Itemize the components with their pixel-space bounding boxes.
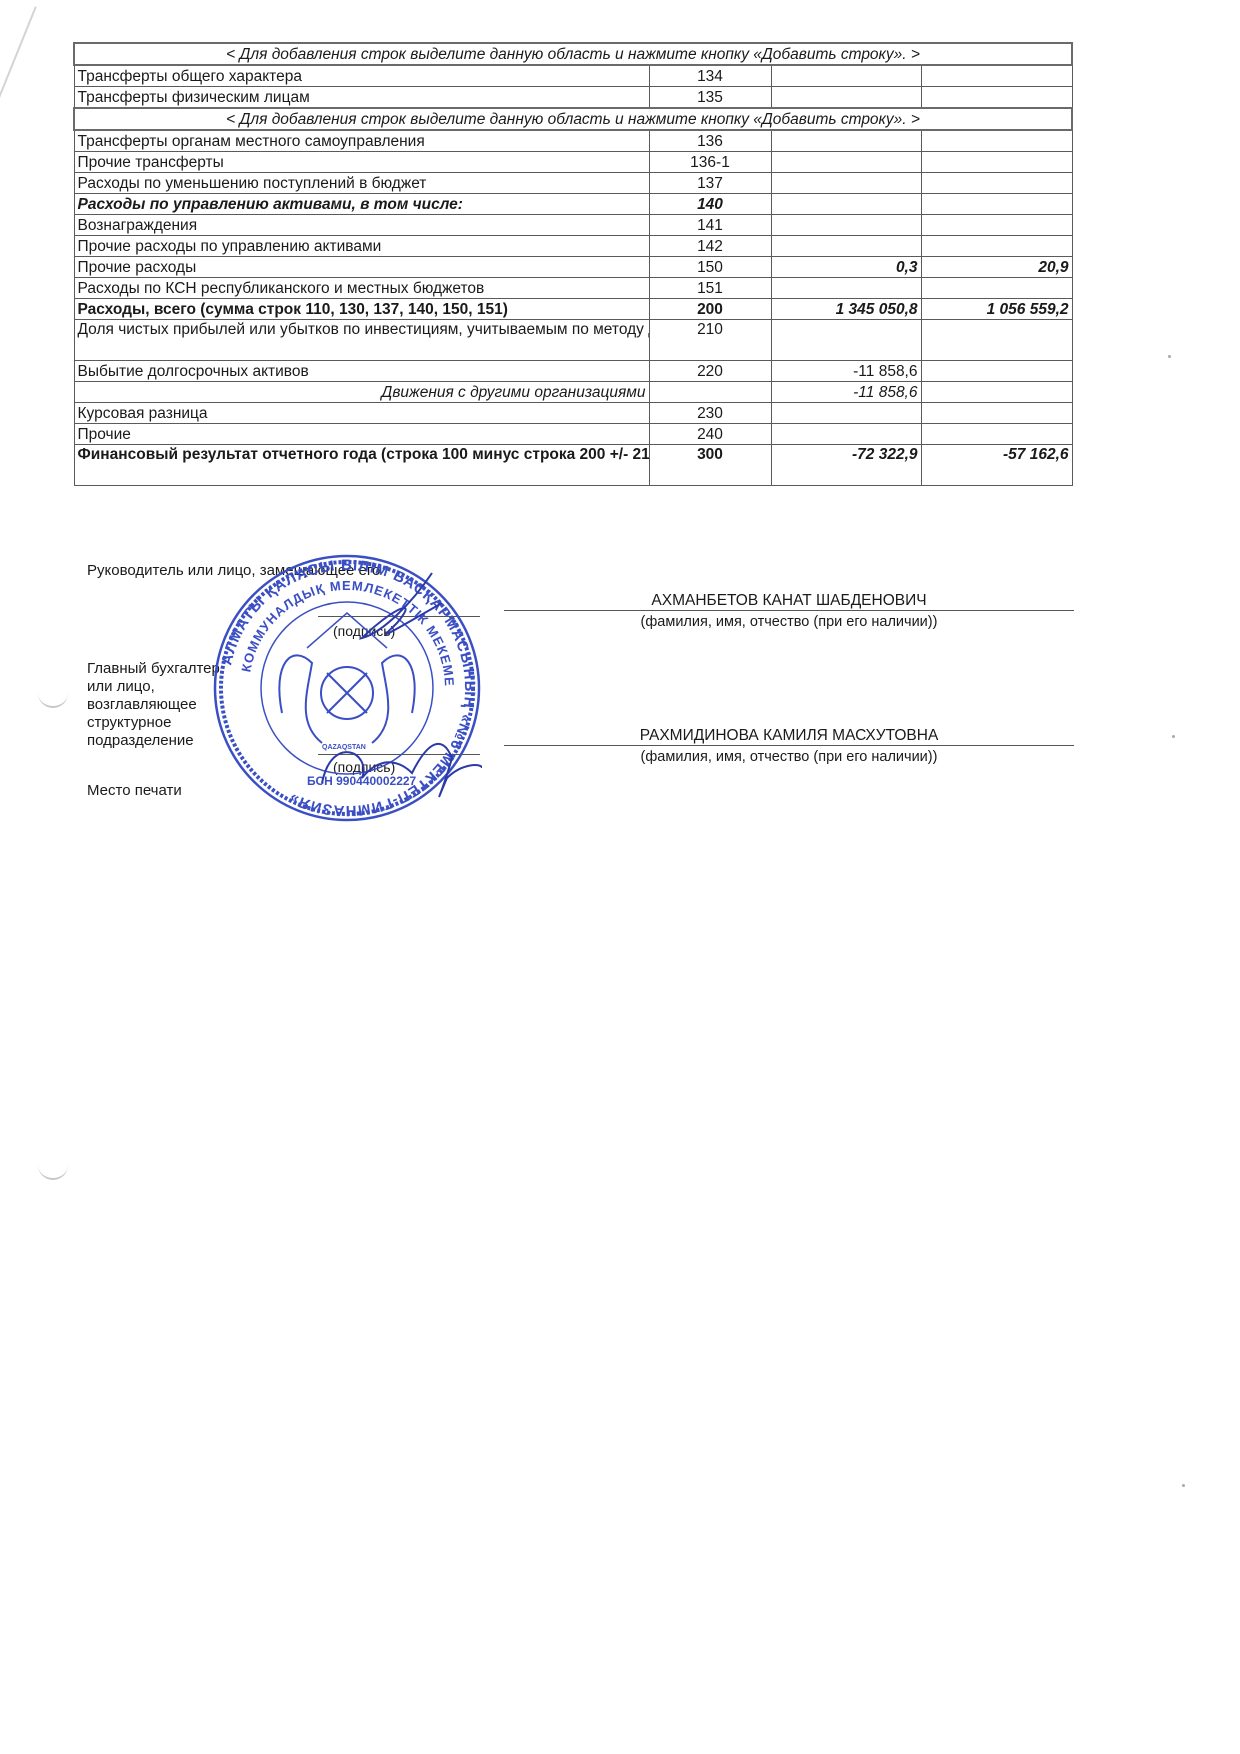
table-row: Курсовая разница230	[74, 403, 1072, 424]
previous-period-value	[921, 424, 1072, 445]
row-name: Доля чистых прибылей или убытков по инве…	[74, 320, 649, 361]
current-period-value	[771, 278, 921, 299]
current-period-value: 1 345 050,8	[771, 299, 921, 320]
current-period-value	[771, 403, 921, 424]
previous-period-value	[921, 278, 1072, 299]
row-code: 136	[649, 130, 771, 152]
row-code: 240	[649, 424, 771, 445]
row-code: 135	[649, 87, 771, 109]
table-row: Движения с другими организациями-11 858,…	[74, 382, 1072, 403]
accountant-name-line	[504, 745, 1074, 746]
seal-place-label: Место печати	[87, 782, 182, 800]
financial-results-table: < Для добавления строк выделите данную о…	[73, 42, 1073, 486]
row-name: Трансферты органам местного самоуправлен…	[74, 130, 649, 152]
previous-period-value	[921, 215, 1072, 236]
previous-period-value	[921, 194, 1072, 215]
table-row: Расходы по управлению активами, в том чи…	[74, 194, 1072, 215]
previous-period-value	[921, 320, 1072, 361]
current-period-value	[771, 236, 921, 257]
current-period-value	[771, 320, 921, 361]
row-code: 137	[649, 173, 771, 194]
table-row: Выбытие долгосрочных активов220-11 858,6	[74, 361, 1072, 382]
row-name: Расходы по уменьшению поступлений в бюдж…	[74, 173, 649, 194]
row-name: Движения с другими организациями	[74, 382, 649, 403]
accountant-name-caption: (фамилия, имя, отчество (при его наличии…	[504, 749, 1074, 765]
row-name: Расходы по КСН республиканского и местны…	[74, 278, 649, 299]
previous-period-value	[921, 382, 1072, 403]
row-name: Прочие трансферты	[74, 152, 649, 173]
current-period-value: -11 858,6	[771, 361, 921, 382]
current-period-value	[771, 87, 921, 109]
add-row-notice: < Для добавления строк выделите данную о…	[74, 108, 1072, 130]
row-code: 200	[649, 299, 771, 320]
table-row: Прочие расходы по управлению активами142	[74, 236, 1072, 257]
current-period-value	[771, 173, 921, 194]
add-row-notice-text[interactable]: < Для добавления строк выделите данную о…	[74, 43, 1072, 65]
table-row: Финансовый результат отчетного года (стр…	[74, 445, 1072, 486]
table-row: Вознаграждения141	[74, 215, 1072, 236]
current-period-value	[771, 424, 921, 445]
row-name: Трансферты физическим лицам	[74, 87, 649, 109]
punch-hole-mark	[38, 1160, 68, 1180]
current-period-value	[771, 194, 921, 215]
current-period-value: -72 322,9	[771, 445, 921, 486]
previous-period-value	[921, 152, 1072, 173]
previous-period-value	[921, 403, 1072, 424]
row-code: 142	[649, 236, 771, 257]
table-row: Прочие трансферты136-1	[74, 152, 1072, 173]
scan-speck	[1168, 355, 1171, 358]
current-period-value	[771, 130, 921, 152]
head-name-line	[504, 610, 1074, 611]
head-name-caption: (фамилия, имя, отчество (при его наличии…	[504, 614, 1074, 630]
row-code: 230	[649, 403, 771, 424]
row-name: Курсовая разница	[74, 403, 649, 424]
current-period-value	[771, 215, 921, 236]
row-code: 300	[649, 445, 771, 486]
previous-period-value	[921, 130, 1072, 152]
row-code: 150	[649, 257, 771, 278]
scan-speck	[1182, 1484, 1185, 1487]
row-name: Расходы по управлению активами, в том чи…	[74, 194, 649, 215]
row-code	[649, 382, 771, 403]
page-fold-shadow	[0, 0, 37, 248]
row-name: Финансовый результат отчетного года (стр…	[74, 445, 649, 486]
previous-period-value: 20,9	[921, 257, 1072, 278]
row-name: Прочие расходы	[74, 257, 649, 278]
row-name: Трансферты общего характера	[74, 65, 649, 87]
table-row: Трансферты органам местного самоуправлен…	[74, 130, 1072, 152]
row-name: Вознаграждения	[74, 215, 649, 236]
add-row-notice: < Для добавления строк выделите данную о…	[74, 43, 1072, 65]
previous-period-value	[921, 173, 1072, 194]
row-code: 141	[649, 215, 771, 236]
current-period-value: -11 858,6	[771, 382, 921, 403]
previous-period-value: -57 162,6	[921, 445, 1072, 486]
row-code: 136-1	[649, 152, 771, 173]
table-row: Доля чистых прибылей или убытков по инве…	[74, 320, 1072, 361]
previous-period-value	[921, 65, 1072, 87]
row-code: 151	[649, 278, 771, 299]
row-code: 220	[649, 361, 771, 382]
previous-period-value	[921, 361, 1072, 382]
table-row: Прочие расходы1500,320,9	[74, 257, 1072, 278]
current-period-value	[771, 152, 921, 173]
accountant-name: РАХМИДИНОВА КАМИЛЯ МАСХУТОВНА	[504, 727, 1074, 745]
row-name: Расходы, всего (сумма строк 110, 130, 13…	[74, 299, 649, 320]
punch-hole-mark	[38, 688, 68, 708]
table-row: Прочие240	[74, 424, 1072, 445]
row-code: 210	[649, 320, 771, 361]
head-name: АХМАНБЕТОВ КАНАТ ШАБДЕНОВИЧ	[504, 592, 1074, 610]
add-row-notice-text[interactable]: < Для добавления строк выделите данную о…	[74, 108, 1072, 130]
current-period-value	[771, 65, 921, 87]
row-name: Прочие	[74, 424, 649, 445]
table-row: Расходы по КСН республиканского и местны…	[74, 278, 1072, 299]
previous-period-value: 1 056 559,2	[921, 299, 1072, 320]
current-period-value: 0,3	[771, 257, 921, 278]
row-code: 134	[649, 65, 771, 87]
row-name: Выбытие долгосрочных активов	[74, 361, 649, 382]
table-row: Трансферты физическим лицам135	[74, 87, 1072, 109]
row-code: 140	[649, 194, 771, 215]
table-row: Трансферты общего характера134	[74, 65, 1072, 87]
scan-speck	[1172, 735, 1175, 738]
table-row: Расходы, всего (сумма строк 110, 130, 13…	[74, 299, 1072, 320]
previous-period-value	[921, 236, 1072, 257]
row-name: Прочие расходы по управлению активами	[74, 236, 649, 257]
stamp-emblem-text: QAZAQSTAN	[322, 744, 366, 751]
previous-period-value	[921, 87, 1072, 109]
table-row: Расходы по уменьшению поступлений в бюдж…	[74, 173, 1072, 194]
official-seal-stamp: АЛМАТЫ ҚАЛАСЫ БІЛІМ БАСҚАРМАСЫНЫҢ «№6 МЕ…	[212, 553, 482, 823]
